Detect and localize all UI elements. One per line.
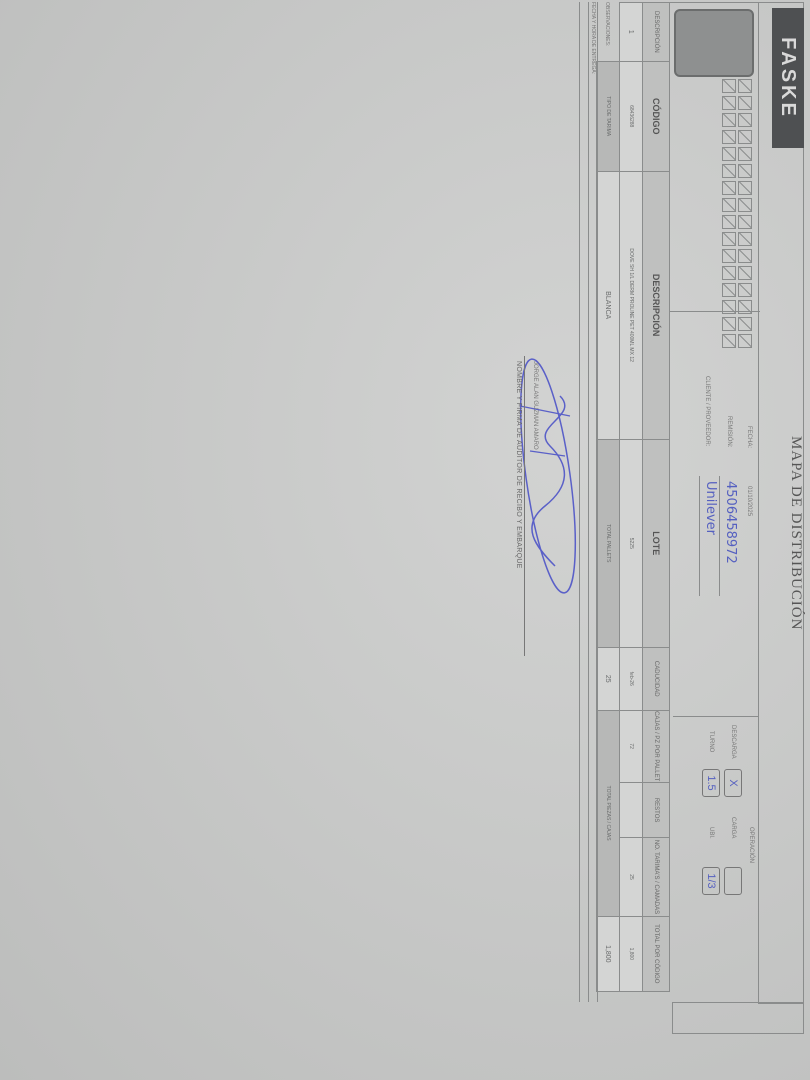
table-row: 1 68436288 DOVE SH 1/L DERM PROLINE PET … — [620, 3, 643, 992]
cliente-underline — [699, 476, 700, 596]
cell-descripcion: DOVE SH 1/L DERM PROLINE PET 400ML MX 12 — [620, 171, 643, 439]
remision-underline — [719, 476, 720, 596]
pallet-slot — [722, 198, 736, 212]
pallet-slot — [738, 198, 752, 212]
total-pallets-value: 25 — [597, 647, 620, 710]
cliente-label: CLIENTE / PROVEEDOR: — [704, 376, 710, 446]
carga-label: CARGA — [730, 817, 736, 838]
col-caducidad: CADUCIDAD — [643, 647, 670, 710]
signature-label: NOMBRE Y FIRMA DE AUDITOR DE RECIBO Y EM… — [515, 361, 522, 569]
pallet-slot — [722, 130, 736, 144]
tipo-tarima-label: TIPO DE TARIMA — [597, 61, 620, 171]
col-lote: LOTE — [643, 439, 670, 647]
pallet-slot — [722, 283, 736, 297]
turno-box[interactable]: 1.5 — [702, 769, 720, 797]
remision-value: 4506458972 — [723, 481, 738, 564]
truck-layout-diagram — [669, 2, 760, 312]
cell-total-codigo: 1,800 — [620, 916, 643, 991]
handwritten-signature — [500, 356, 590, 596]
col-restos: RESTOS — [643, 782, 670, 838]
cell-tarimas: 25 — [620, 838, 643, 916]
pallet-slot — [722, 181, 736, 195]
pallet-slot — [738, 130, 752, 144]
ubi-box[interactable]: 1/3 — [702, 867, 720, 895]
distribution-map-document: FASKE MAPA DE DISTRIBUCIÓN FECHA: 01/10/… — [10, 0, 810, 1036]
carga-checkbox[interactable] — [724, 867, 742, 895]
cell-cajas-pallet: 72 — [620, 710, 643, 782]
page-title: MAPA DE DISTRIBUCIÓN — [787, 436, 804, 630]
total-pallets-label: TOTAL PALLETS — [597, 439, 620, 647]
col-descripcion: DESCRIPCIÓN — [643, 171, 670, 439]
pallet-slot — [738, 164, 752, 178]
col-tarimas: No. Tarima's / Camadas — [643, 838, 670, 916]
pallet-slot — [722, 79, 736, 93]
pallet-slot — [738, 266, 752, 280]
pallet-slot — [722, 215, 736, 229]
cell-lote: 5225 — [620, 439, 643, 647]
pallet-slot-grid — [722, 79, 752, 348]
ubi-label: UBI. — [708, 827, 714, 839]
pallet-slot — [722, 266, 736, 280]
fecha-value: 01/10/2025 — [746, 486, 752, 516]
pallet-slot — [738, 215, 752, 229]
pallet-slot — [722, 164, 736, 178]
pallet-slot — [738, 232, 752, 246]
cell-caducidad: feb-26 — [620, 647, 643, 710]
pallet-slot — [738, 283, 752, 297]
tipo-tarima-value: BLANCA — [597, 171, 620, 439]
fecha-label: FECHA: — [746, 426, 752, 448]
col-cajas-pallet: CAJAS / PZ POR PALLET — [643, 710, 670, 782]
observaciones-label: OBSERVACIONES: — [604, 2, 610, 46]
operation-section: OPERACIÓN DESCARGA X CARGA TURNO 1.5 UBI… — [673, 716, 758, 967]
col-linea: DESCRIPCIÓN — [643, 3, 670, 62]
form-code-box — [672, 1002, 804, 1034]
pallet-slot — [738, 249, 752, 263]
cell-linea: 1 — [620, 3, 643, 62]
pallet-slot — [738, 79, 752, 93]
truck-icon — [674, 9, 754, 77]
cliente-value: Unilever — [703, 481, 718, 535]
pallet-slot — [722, 249, 736, 263]
signature-line — [524, 356, 525, 656]
cell-codigo: 68436288 — [620, 61, 643, 171]
company-logo: FASKE — [772, 8, 804, 148]
total-piezas-label: TOTAL PIEZAS / CAJAS — [597, 710, 620, 916]
summary-row: TIPO DE TARIMA BLANCA TOTAL PALLETS 25 T… — [597, 3, 620, 992]
logo-text: FASKE — [777, 37, 800, 119]
items-table: DESCRIPCIÓN CÓDIGO DESCRIPCIÓN LOTE CADU… — [596, 2, 670, 992]
pallet-slot — [738, 96, 752, 110]
col-total-codigo: TOTAL POR CÓDIGO — [643, 916, 670, 991]
pallet-slot — [738, 181, 752, 195]
descarga-label: DESCARGA — [730, 725, 736, 759]
pallet-slot — [722, 300, 736, 314]
turno-label: TURNO — [708, 731, 714, 752]
operacion-label: OPERACIÓN — [748, 827, 754, 863]
remision-label: REMISIÓN: — [726, 416, 732, 447]
cell-restos — [620, 782, 643, 838]
pallet-slot — [738, 113, 752, 127]
pallet-slot — [722, 113, 736, 127]
header-fields: FECHA: 01/10/2025 REMISIÓN: 4506458972 C… — [673, 316, 758, 596]
descarga-checkbox[interactable]: X — [724, 769, 742, 797]
total-piezas-value: 1,800 — [597, 916, 620, 991]
pallet-slot — [738, 300, 752, 314]
pallet-slot — [738, 147, 752, 161]
pallet-slot — [722, 147, 736, 161]
auditor-printed-name: JORGE ALAN GUZMAN AMARO — [532, 361, 538, 450]
pallet-slot — [722, 232, 736, 246]
pallet-slot — [722, 96, 736, 110]
col-codigo: CÓDIGO — [643, 61, 670, 171]
